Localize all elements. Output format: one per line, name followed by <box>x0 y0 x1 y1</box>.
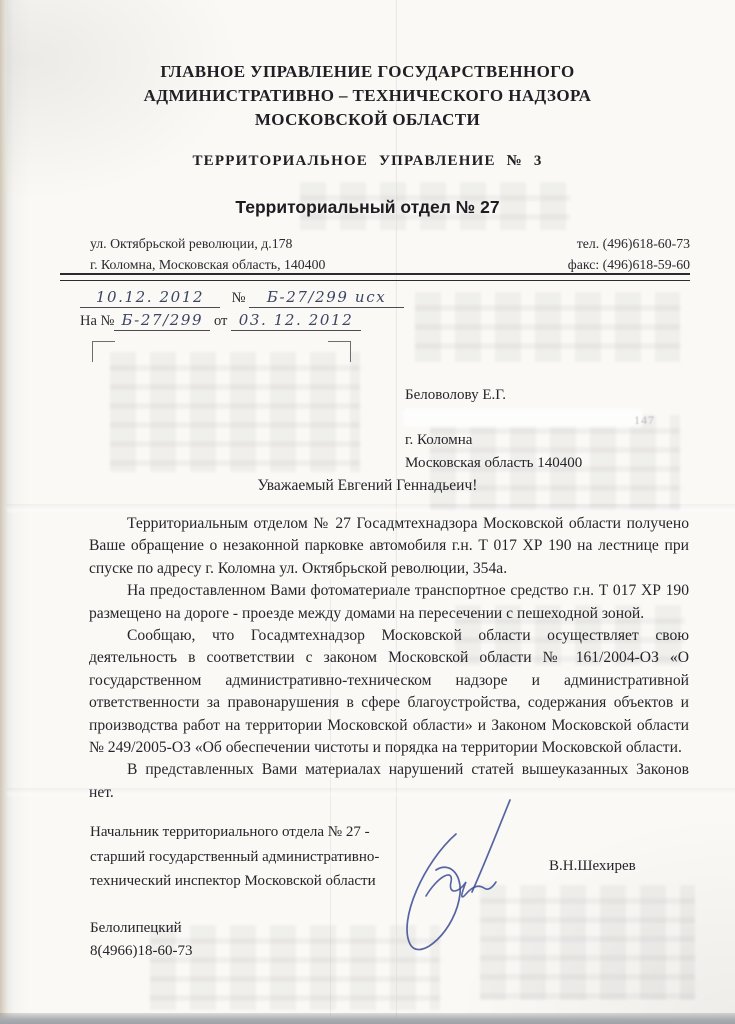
executor-block: Белолипецкий 8(4966)18-60-73 <box>90 917 192 963</box>
body-paragraph-1: Территориальным отделом № 27 Госадмтехна… <box>89 513 689 580</box>
org-fax: факс: (496)618-59-60 <box>568 254 690 275</box>
department-title: Территориальный отдел № 27 <box>0 197 735 218</box>
executor-name: Белолипецкий <box>90 917 192 940</box>
outgoing-reference-line: 10.12. 2012 № Б-27/299 исх <box>80 288 404 308</box>
incoming-date-handwritten: 03. 12. 2012 <box>239 311 354 329</box>
body-paragraph-3: Сообщаю, что Госадмтехнадзор Московской … <box>89 625 689 759</box>
addressee-block: Беловолову Е.Г. 147 г. Коломна Московска… <box>405 384 641 475</box>
reply-to-label: На № <box>80 313 114 329</box>
org-name-line2: АДМИНИСТРАТИВНО – ТЕХНИЧЕСКОГО НАДЗОРА <box>0 86 735 106</box>
signature-ink <box>398 798 528 958</box>
org-address: ул. Октябрьской революции, д.178 г. Коло… <box>90 233 325 275</box>
division-title: ТЕРРИТОРИАЛЬНОЕ УПРАВЛЕНИЕ № 3 <box>0 153 735 170</box>
incoming-number-handwritten: Б-27/299 <box>122 311 204 329</box>
bleedthrough-texture <box>110 352 360 472</box>
salutation: Уважаемый Евгений Геннадьеич! <box>0 477 735 495</box>
org-address-line2: г. Коломна, Московская область, 140400 <box>90 254 325 275</box>
letterhead-rule <box>60 273 690 281</box>
outgoing-date-handwritten: 10.12. 2012 <box>96 288 204 306</box>
org-phone-fax: тел. (496)618-60-73 факс: (496)618-59-60 <box>568 233 690 275</box>
org-name-line1: ГЛАВНОЕ УПРАВЛЕНИЕ ГОСУДАРСТВЕННОГО <box>0 62 735 82</box>
address-corner-mark-left <box>92 341 115 362</box>
org-address-line1: ул. Октябрьской революции, д.178 <box>90 233 325 254</box>
signer-position-line2: старший государственный административно- <box>90 845 379 870</box>
outgoing-number-handwritten: Б-27/299 исх <box>267 288 386 306</box>
addressee-region: Московская область 140400 <box>405 452 641 475</box>
scanned-letter-page: ГЛАВНОЕ УПРАВЛЕНИЕ ГОСУДАРСТВЕННОГО АДМИ… <box>0 0 735 1024</box>
scan-edge-left <box>0 0 8 1024</box>
signer-position-line1: Начальник территориального отдела № 27 - <box>90 820 379 845</box>
signer-position-block: Начальник территориального отдела № 27 -… <box>90 820 379 894</box>
signer-name: В.Н.Шехирев <box>549 858 636 875</box>
body-paragraph-2: На предоставленном Вами фотоматериале тр… <box>89 580 689 625</box>
redacted-address-line: 147 <box>405 410 641 425</box>
incoming-reference-line: На №Б-27/299 от 03. 12. 2012 <box>80 311 361 331</box>
signer-position-line3: технический инспектор Московской области <box>90 869 379 894</box>
addressee-city: г. Коломна <box>405 429 641 452</box>
executor-phone: 8(4966)18-60-73 <box>90 940 192 963</box>
letter-body: Территориальным отделом № 27 Госадмтехна… <box>89 513 689 804</box>
number-sign-label: № <box>232 290 246 306</box>
address-corner-mark-right <box>328 341 351 362</box>
org-name-line3: МОСКОВСКОЙ ОБЛАСТИ <box>0 110 735 130</box>
redacted-address-remnant: 147 <box>634 409 655 432</box>
addressee-name: Беловолову Е.Г. <box>405 384 641 407</box>
body-paragraph-4: В представленных Вами материалах нарушен… <box>89 759 689 804</box>
scan-edge-bottom <box>0 1013 735 1024</box>
from-date-label: от <box>214 313 227 329</box>
org-phone: тел. (496)618-60-73 <box>568 233 690 254</box>
bleedthrough-texture <box>415 292 680 362</box>
